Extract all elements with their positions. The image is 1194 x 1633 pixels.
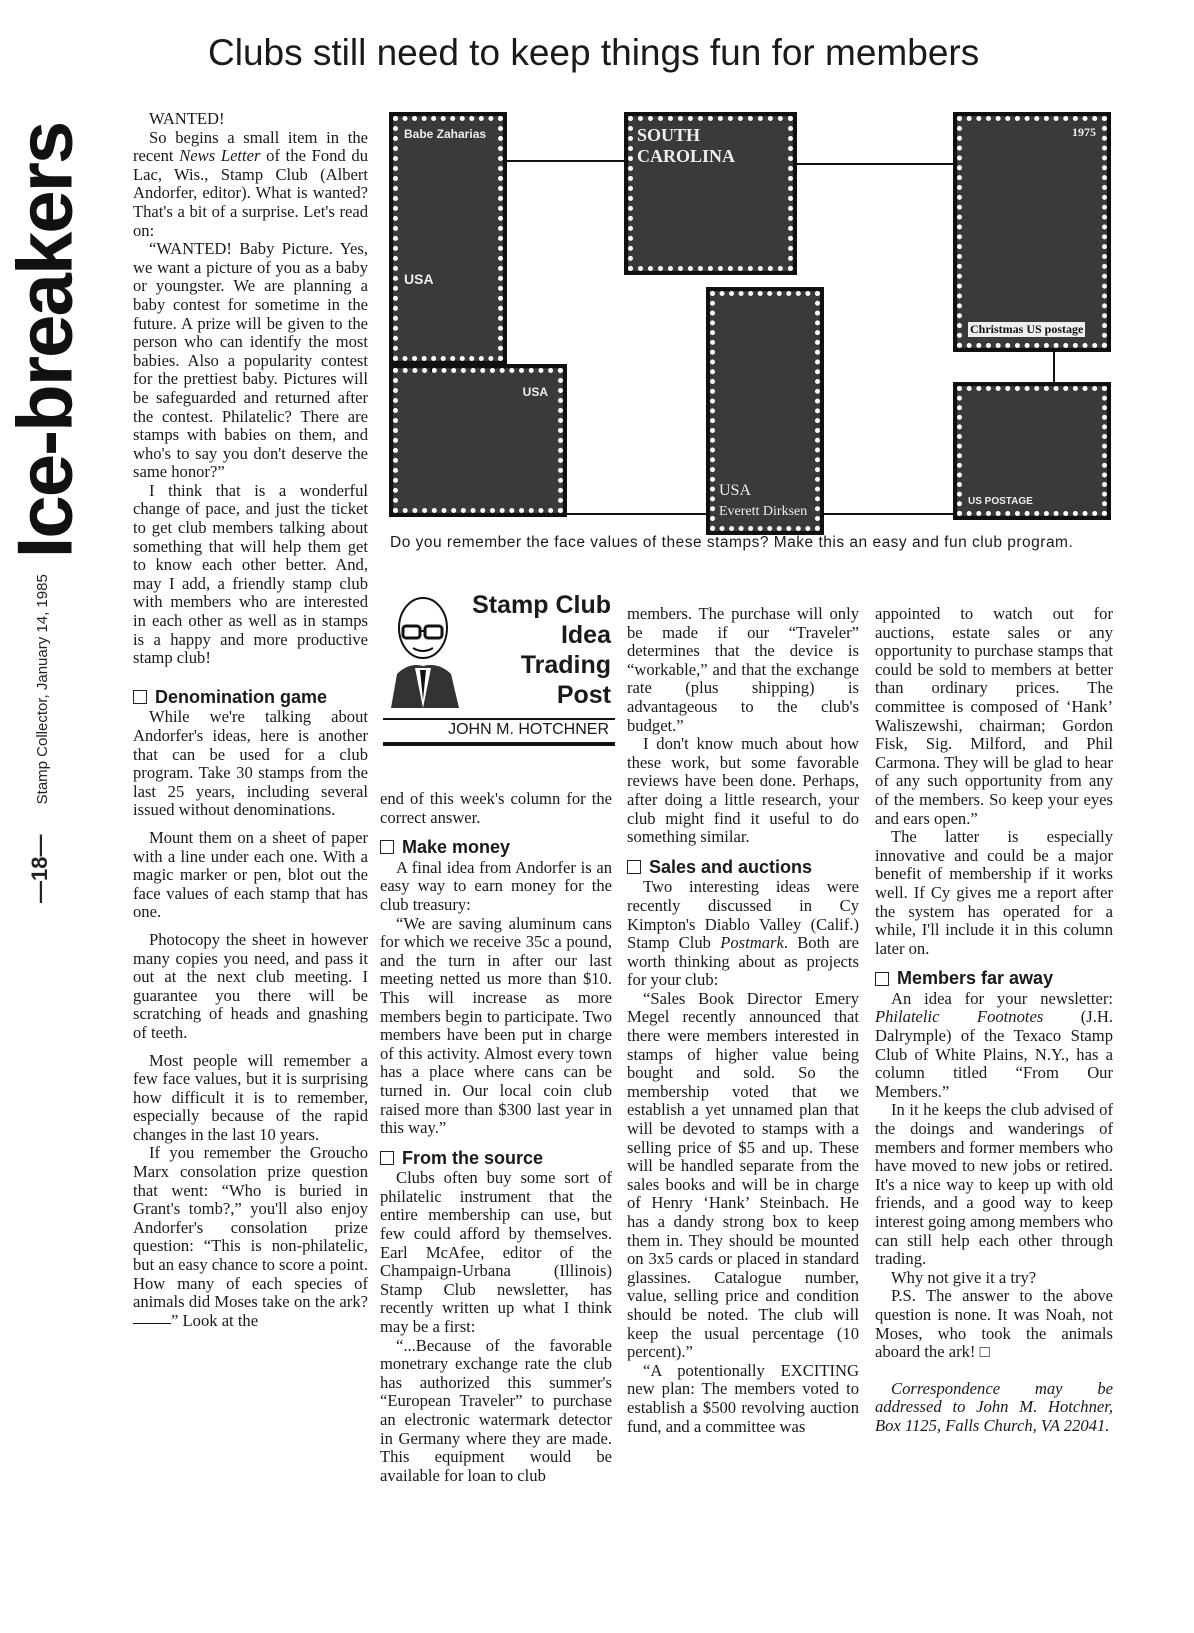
paragraph: “Sales Book Director Emery Megel recentl… (627, 990, 859, 1362)
paragraph: “...Because of the favorable monetrary e… (380, 1337, 612, 1486)
box-bullet-icon (133, 690, 147, 704)
page-number: —18— (27, 835, 52, 903)
paragraph: end of this week's column for the correc… (380, 790, 612, 827)
subhead-sales-and-auctions: Sales and auctions (627, 858, 859, 877)
paragraph: I don't know much about how these work, … (627, 735, 859, 847)
author-portrait-icon (389, 590, 465, 710)
divider (383, 742, 615, 746)
sidebar: Ice-breakers —18— Stamp Collector, Janua… (0, 0, 115, 1633)
subhead-from-the-source: From the source (380, 1149, 612, 1168)
paragraph: appointed to watch out for auctions, est… (875, 605, 1113, 828)
publication-line: Stamp Collector, January 14, 1985 (34, 574, 51, 804)
paragraph: So begins a small item in the recent New… (133, 129, 368, 241)
connector-line (567, 513, 707, 515)
column-1: WANTED! So begins a small item in the re… (133, 110, 368, 1330)
subhead-make-money: Make money (380, 838, 612, 857)
box-bullet-icon (875, 972, 889, 986)
column-logo: Stamp Club Idea Trading Post JOHN M. HOT… (383, 590, 615, 740)
stamp-alamo: US POSTAGE (957, 386, 1107, 516)
stamp-airplane: USA (393, 368, 563, 513)
paragraph: Most people will remember a few face val… (133, 1052, 368, 1145)
box-bullet-icon (380, 840, 394, 854)
paragraph: Mount them on a sheet of paper with a li… (133, 829, 368, 922)
byline: JOHN M. HOTCHNER (383, 721, 615, 739)
connector-line (430, 364, 432, 372)
photo-caption: Do you remember the face values of these… (390, 532, 1110, 553)
paragraph: Why not give it a try? (875, 1269, 1113, 1288)
column-2: end of this week's column for the correc… (380, 790, 612, 1485)
connector-line (1053, 350, 1055, 384)
correspondence-note: Correspondence may be addressed to John … (875, 1380, 1113, 1436)
paragraph: The latter is especially innovative and … (875, 828, 1113, 958)
paragraph: Two interesting ideas were recently disc… (627, 878, 859, 990)
stamp-photo: Babe Zaharias USA SOUTH CAROLINA 1975 Ch… (385, 108, 1115, 540)
subhead-members-far-away: Members far away (875, 969, 1113, 988)
paragraph: Clubs often buy some sort of philatelic … (380, 1169, 612, 1336)
paragraph: “We are saving aluminum cans for which w… (380, 915, 612, 1138)
folio: —18— Stamp Collector, January 14, 1985 (27, 603, 53, 903)
paragraph: A final idea from Andorfer is an easy wa… (380, 859, 612, 915)
stamp-christmas: 1975 Christmas US postage (957, 116, 1107, 348)
column-3: members. The purchase will only be made … (627, 605, 859, 1436)
stamp-babe-zaharias: Babe Zaharias USA (393, 116, 503, 361)
connector-line (823, 513, 955, 515)
paragraph: members. The purchase will only be made … (627, 605, 859, 735)
column-4: appointed to watch out for auctions, est… (875, 605, 1113, 1436)
paragraph: P.S. The answer to the above question is… (875, 1287, 1113, 1361)
headline: Clubs still need to keep things fun for … (208, 32, 979, 74)
paragraph: Photocopy the sheet in however many copi… (133, 931, 368, 1043)
paragraph: “A potentionally EXCITING new plan: The … (627, 1362, 859, 1436)
box-bullet-icon (380, 1151, 394, 1165)
section-title: Ice-breakers (0, 121, 91, 561)
paragraph: WANTED! (133, 110, 368, 129)
divider (383, 718, 615, 720)
subhead-denomination-game: Denomination game (133, 688, 368, 707)
connector-line (797, 163, 955, 165)
connector-line (507, 160, 625, 162)
answer-blank (133, 1323, 171, 1324)
paragraph: I think that is a wonderful change of pa… (133, 482, 368, 668)
column-title: Stamp Club Idea Trading Post (472, 590, 611, 710)
paragraph: While we're talking about Andorfer's ide… (133, 708, 368, 820)
paragraph: “WANTED! Baby Picture. Yes, we want a pi… (133, 240, 368, 482)
paragraph: An idea for your newsletter: Philatelic … (875, 990, 1113, 1102)
stamp-everett-dirksen: USA Everett Dirksen (710, 291, 820, 531)
box-bullet-icon (627, 860, 641, 874)
paragraph: In it he keeps the club advised of the d… (875, 1101, 1113, 1268)
paragraph: If you remember the Groucho Marx consola… (133, 1144, 368, 1330)
stamp-south-carolina: SOUTH CAROLINA (628, 116, 793, 271)
